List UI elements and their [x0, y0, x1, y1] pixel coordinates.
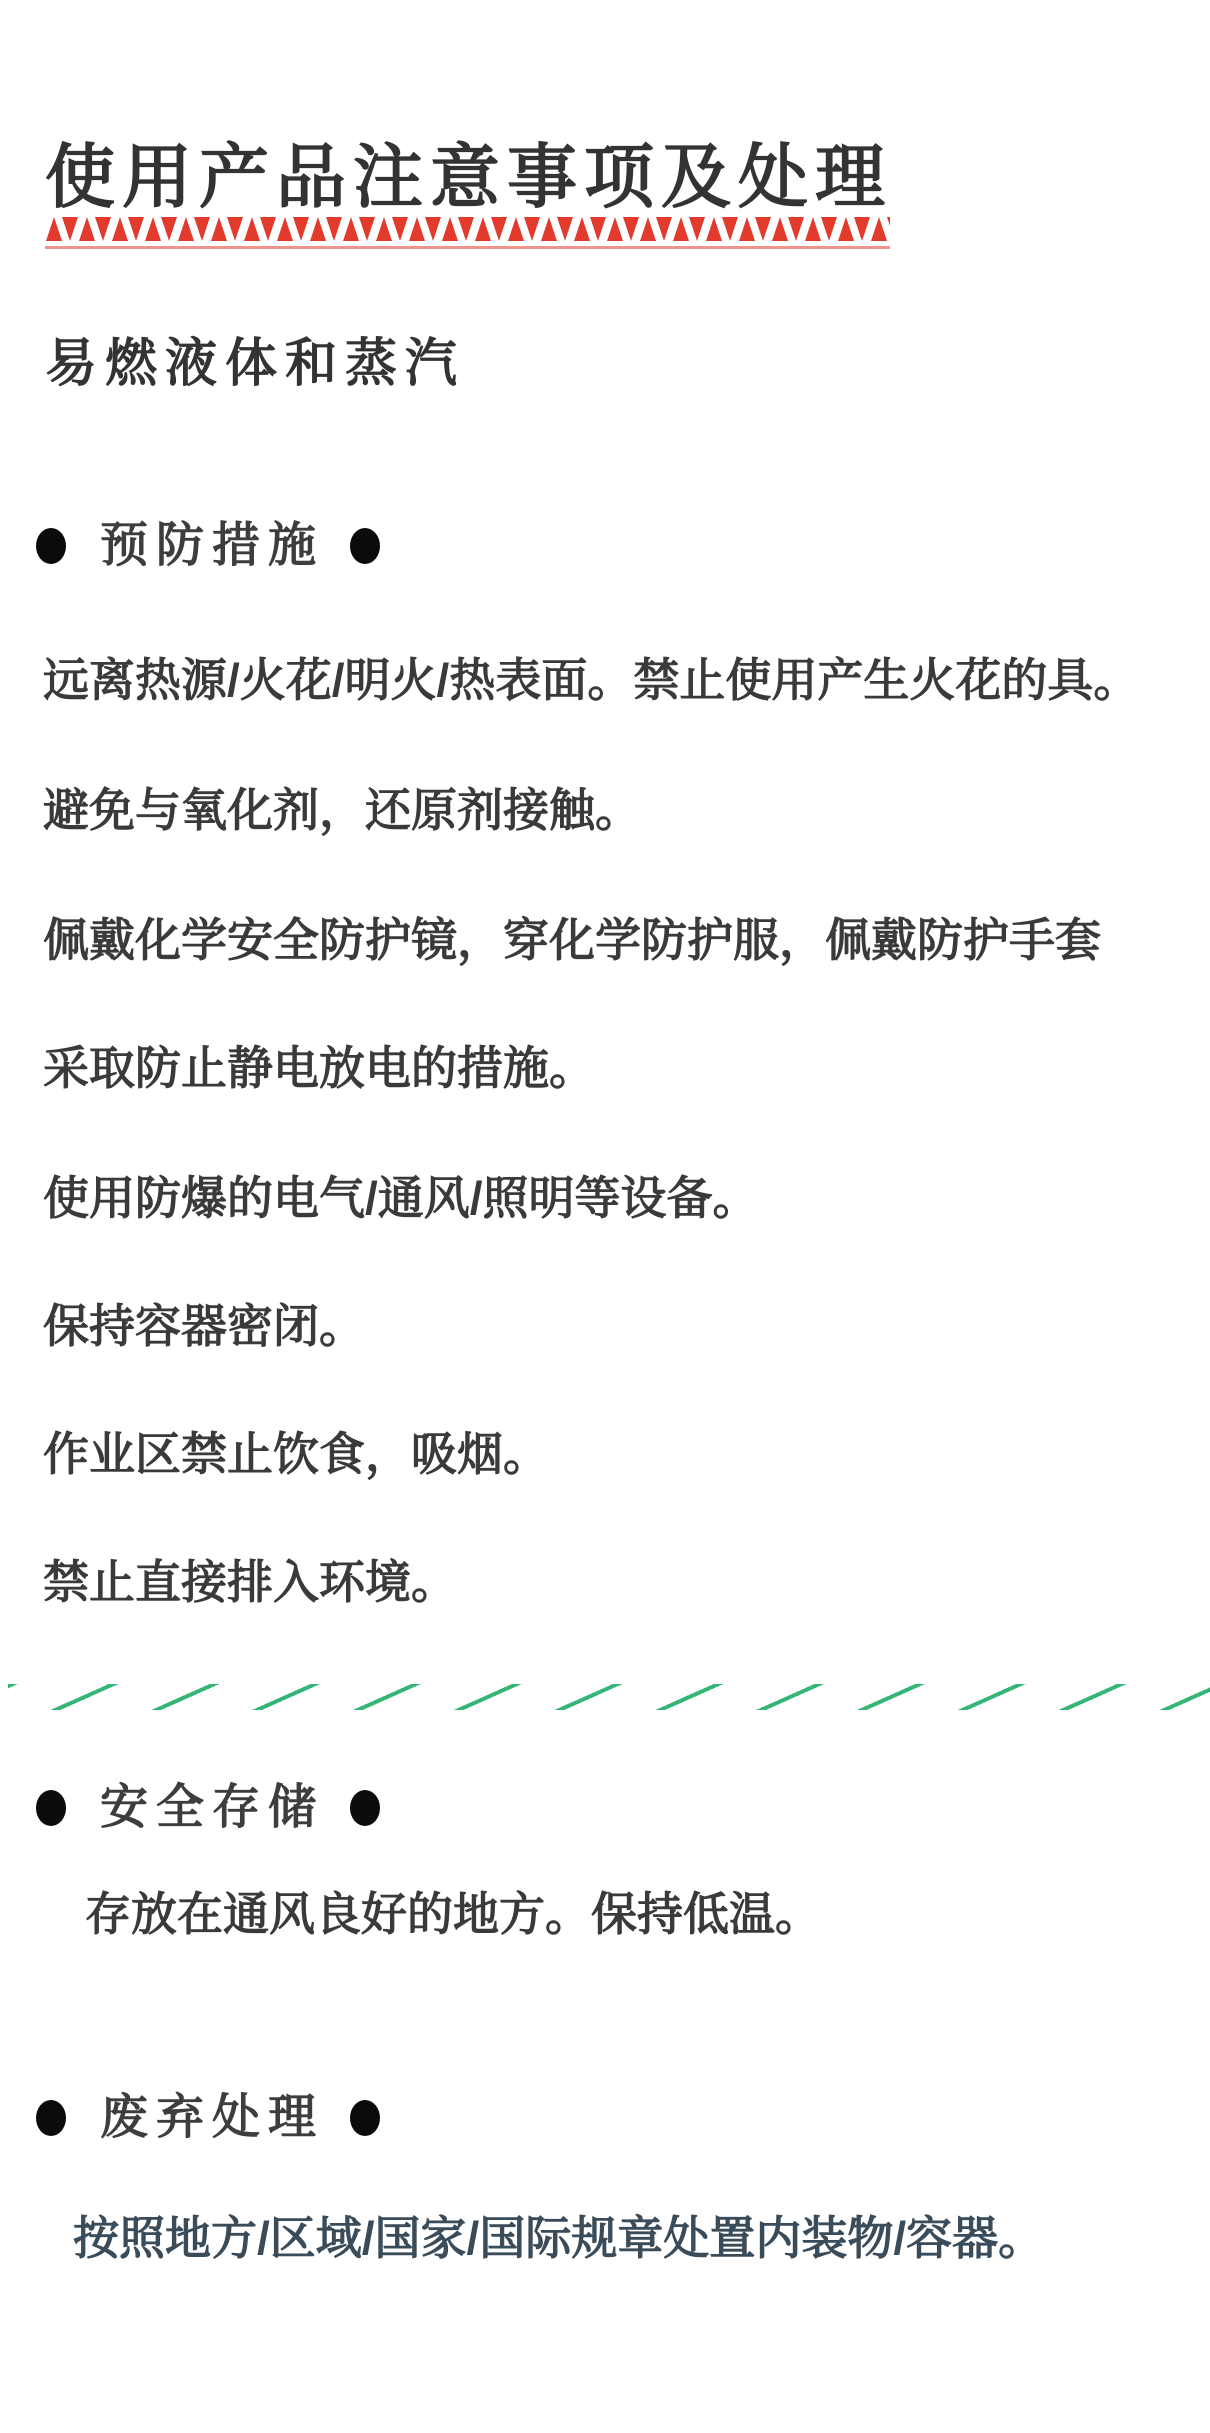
bullet-dot-icon — [36, 2100, 66, 2136]
bullet-dot-icon — [36, 1790, 66, 1826]
section-heading-label: 安全存储 — [100, 1784, 324, 1832]
precaution-item: 使用防爆的电气/通风/照明等设备。 — [43, 1174, 759, 1222]
disposal-item: 按照地方/区域/国家/国际规章处置内装物/容器。 — [73, 2214, 1044, 2262]
green-slash-divider — [8, 1684, 1210, 1710]
precaution-item: 禁止直接排入环境。 — [43, 1558, 457, 1606]
section-heading-precautions: 预防措施 — [36, 518, 380, 574]
section-heading-label: 废弃处理 — [100, 2094, 324, 2142]
bullet-dot-icon — [36, 528, 66, 564]
red-thin-underline — [45, 246, 890, 249]
precaution-item: 采取防止静电放电的措施。 — [43, 1044, 595, 1092]
section-heading-disposal: 废弃处理 — [36, 2090, 380, 2146]
precaution-item: 远离热源/火花/明火/热表面。禁止使用产生火花的具。 — [43, 656, 1139, 704]
bullet-dot-icon — [350, 528, 380, 564]
page-title: 使用产品注意事项及处理 — [45, 142, 892, 212]
section-heading-storage: 安全存储 — [36, 1780, 380, 1836]
precaution-item: 作业区禁止饮食，吸烟。 — [43, 1430, 549, 1478]
precaution-item: 佩戴化学安全防护镜，穿化学防护服，佩戴防护手套 — [43, 916, 1101, 964]
precaution-item: 保持容器密闭。 — [43, 1302, 365, 1350]
bullet-dot-icon — [350, 1790, 380, 1826]
bullet-dot-icon — [350, 2100, 380, 2136]
section-heading-label: 预防措施 — [100, 522, 324, 570]
precautions-document: 使用产品注意事项及处理 易燃液体和蒸汽 预防措施 远离热源/火花/明火/热表面。… — [0, 0, 1210, 2433]
hazard-subtitle: 易燃液体和蒸汽 — [45, 338, 465, 390]
precaution-item: 避免与氧化剂，还原剂接触。 — [43, 786, 641, 834]
red-triangle-zigzag-divider — [45, 216, 890, 242]
storage-item: 存放在通风良好的地方。保持低温。 — [85, 1890, 821, 1938]
